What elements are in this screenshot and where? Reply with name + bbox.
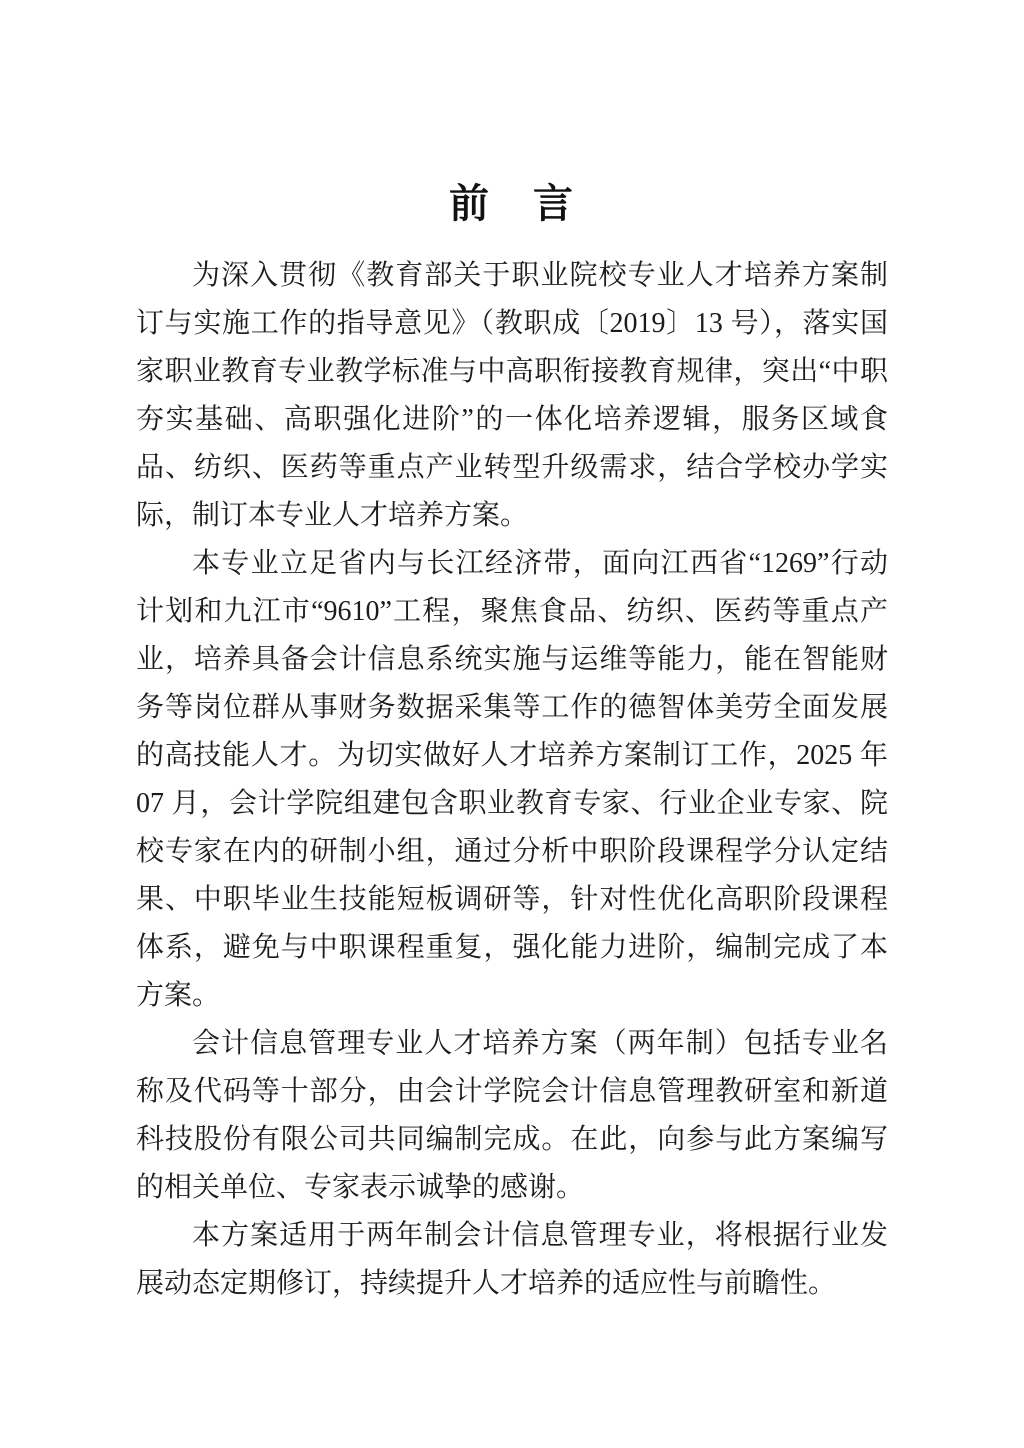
preface-paragraph-3: 会计信息管理专业人才培养方案（两年制）包括专业名称及代码等十部分，由会计学院会计… [136,1020,888,1212]
preface-paragraph-2: 本专业立足省内与长江经济带，面向江西省“1269”行动计划和九江市“9610”工… [136,540,888,1020]
preface-paragraph-1: 为深入贯彻《教育部关于职业院校专业人才培养方案制订与实施工作的指导意见》（教职成… [136,252,888,540]
document-page: 前 言 为深入贯彻《教育部关于职业院校专业人才培养方案制订与实施工作的指导意见》… [0,0,1024,1448]
page-title: 前 言 [136,176,888,232]
preface-paragraph-4: 本方案适用于两年制会计信息管理专业，将根据行业发展动态定期修订，持续提升人才培养… [136,1212,888,1308]
document-body: 为深入贯彻《教育部关于职业院校专业人才培养方案制订与实施工作的指导意见》（教职成… [136,252,888,1308]
